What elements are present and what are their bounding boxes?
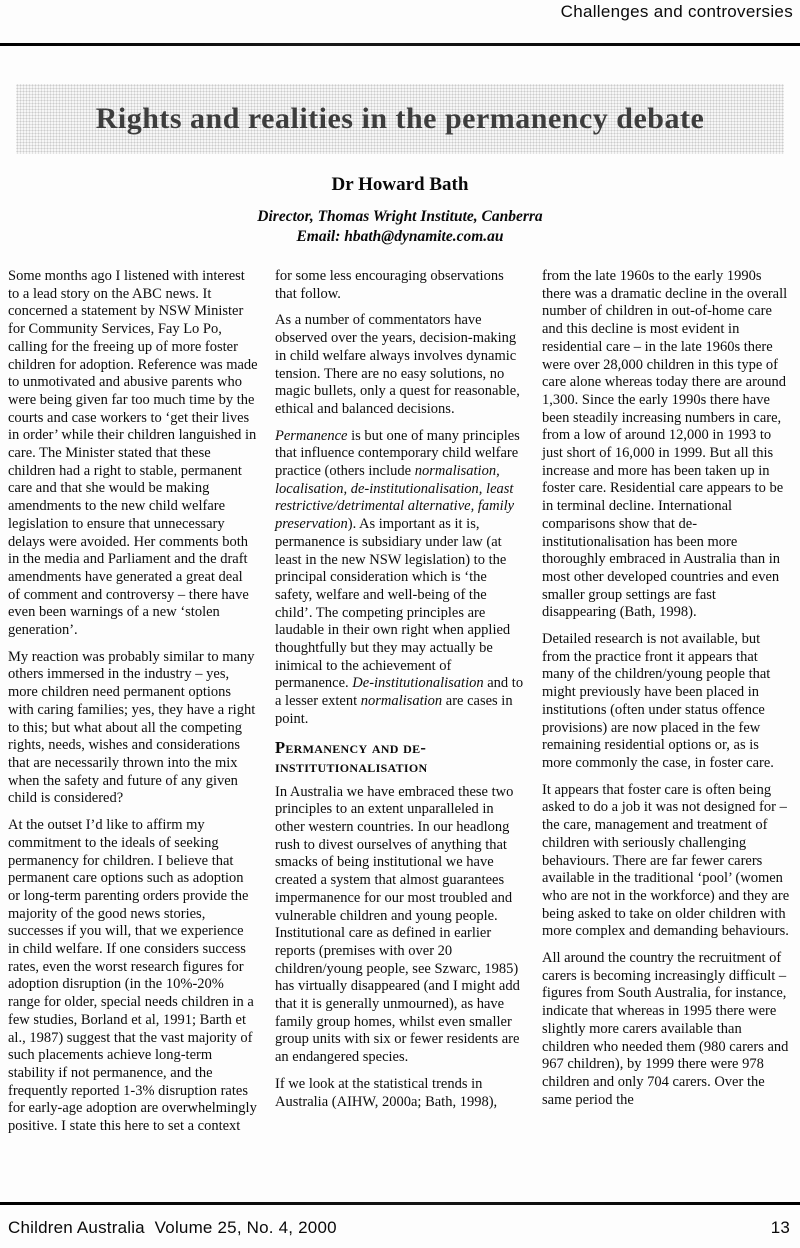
body-paragraph: Some months ago I listened with interest… xyxy=(8,268,258,640)
body-paragraph: Permanence is but one of many principles… xyxy=(275,428,525,729)
author-name: Dr Howard Bath xyxy=(0,174,800,196)
author-email: Email: hbath@dynamite.com.au xyxy=(0,227,800,247)
article-body: Some months ago I listened with interest… xyxy=(8,268,792,1145)
article-title: Rights and realities in the permanency d… xyxy=(96,102,705,136)
body-paragraph: In Australia we have embraced these two … xyxy=(275,784,525,1067)
body-paragraph: from the late 1960s to the early 1990s t… xyxy=(542,268,792,622)
journal-citation: Children Australia Volume 25, No. 4, 200… xyxy=(8,1218,337,1238)
page-number: 13 xyxy=(771,1218,790,1238)
body-paragraph: It appears that foster care is often bei… xyxy=(542,782,792,941)
footer-rule xyxy=(0,1202,800,1205)
header-rule xyxy=(0,43,800,46)
title-banner: Rights and realities in the permanency d… xyxy=(16,84,784,154)
body-paragraph: Detailed research is not available, but … xyxy=(542,631,792,773)
footer: Children Australia Volume 25, No. 4, 200… xyxy=(8,1218,790,1238)
body-paragraph: My reaction was probably similar to many… xyxy=(8,649,258,808)
body-paragraph: All around the country the recruitment o… xyxy=(542,950,792,1109)
running-head: Challenges and controversies xyxy=(561,2,793,22)
section-heading: Permanency and de-institutionalisation xyxy=(275,738,525,776)
body-paragraph: for some less encouraging observations t… xyxy=(275,268,525,303)
column-1: Some months ago I listened with interest… xyxy=(8,268,258,1145)
body-paragraph: At the outset I’d like to affirm my comm… xyxy=(8,817,258,1136)
page: Challenges and controversies Rights and … xyxy=(0,0,800,1248)
body-paragraph: If we look at the statistical trends in … xyxy=(275,1076,525,1111)
column-3: from the late 1960s to the early 1990s t… xyxy=(542,268,792,1145)
body-paragraph: As a number of commentators have observe… xyxy=(275,312,525,418)
author-affiliation: Director, Thomas Wright Institute, Canbe… xyxy=(0,207,800,227)
column-2: for some less encouraging observations t… xyxy=(275,268,525,1145)
byline: Dr Howard Bath Director, Thomas Wright I… xyxy=(0,174,800,247)
